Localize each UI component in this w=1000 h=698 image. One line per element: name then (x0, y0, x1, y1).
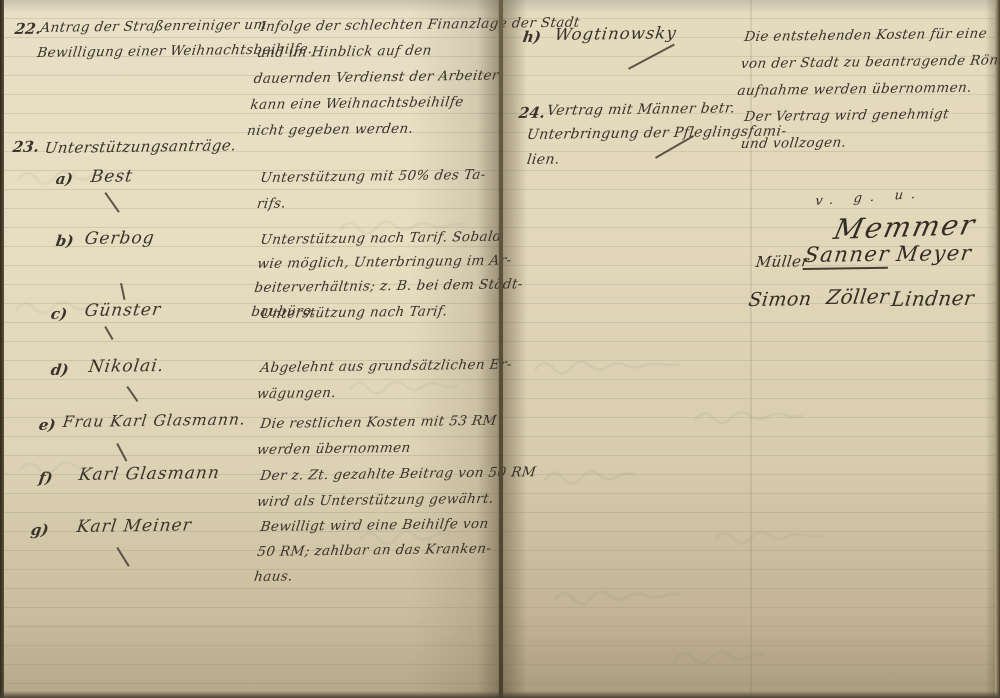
sub-item-f-letter: f) (38, 469, 54, 487)
sub-item-d-letter: d) (50, 361, 70, 379)
decision-line: Unterstützung nach Tarif. (259, 298, 449, 327)
decision-line: werden übernommen (255, 434, 495, 463)
sub-item-c-letter: c) (50, 305, 69, 323)
item-24-subject-line: lien. (526, 152, 561, 168)
sub-item-b-letter: b) (55, 232, 75, 250)
decision-line: Unterstützung mit 50% des Ta- (259, 162, 488, 191)
sub-item-a-letter: a) (55, 170, 74, 188)
sub-item-e-letter: e) (38, 416, 57, 434)
item-24-subject-line: Vertrag mit Männer betr. (546, 100, 736, 119)
sub-item-c-name: Günster (83, 300, 162, 321)
decision-line: Der Vertrag wird genehmigt (743, 101, 951, 131)
item-23-number: 23. (12, 138, 40, 156)
decision-line: wägungen. (255, 377, 510, 407)
ledger-scan: 22. Antrag der Straßenreiniger um Bewill… (0, 0, 1000, 698)
book-edge-bottom (0, 691, 1000, 698)
decision-line: von der Stadt zu beantragende Röntgen- (739, 47, 1000, 78)
sub-item-h-decision: Die entstehenden Kosten für eine von der… (736, 20, 1000, 105)
decision-line: rifs. (255, 188, 484, 217)
sub-item-c-decision: Unterstützung nach Tarif. (259, 298, 449, 327)
signature: Lindner (890, 286, 976, 311)
decision-line: Die restlichen Kosten mit 53 RM (259, 408, 499, 437)
signature: Zöller (825, 284, 891, 309)
signature: Meyer (895, 241, 974, 266)
decision-line: aufnahme werden übernommen. (736, 74, 1000, 105)
book-edge-left (0, 0, 4, 698)
decision-line: Bewilligt wird eine Beihilfe von (259, 512, 496, 540)
book-gutter (499, 0, 503, 698)
signature: Simon (747, 288, 813, 311)
sub-item-a-decision: Unterstützung mit 50% des Ta- rifs. (255, 162, 487, 217)
item-24-decision: Der Vertrag wird genehmigt und vollzogen… (739, 101, 950, 158)
sub-item-e-name: Frau Karl Glasmann. (62, 410, 247, 431)
sub-item-d-decision: Abgelehnt aus grundsätzlichen Er- wägung… (255, 351, 513, 406)
sub-item-e-decision: Die restlichen Kosten mit 53 RM werden ü… (255, 408, 498, 463)
decision-line: haus. (253, 562, 490, 590)
bleed-through-right (515, 340, 990, 690)
sub-item-g-name: Karl Meiner (75, 515, 193, 537)
sub-item-g-letter: g) (30, 521, 50, 539)
item-23-title: Unterstützungsanträge. (44, 136, 238, 157)
sub-item-a-name: Best (89, 166, 134, 187)
sub-item-h-name: Wogtinowsky (554, 23, 678, 44)
decision-line: Die entstehenden Kosten für eine (743, 20, 1000, 51)
item-22-number: 22. (14, 20, 42, 38)
book-edge-right (995, 0, 1000, 698)
sub-item-b-name: Gerbog (83, 228, 155, 249)
sub-item-d-name: Nikolai. (87, 356, 165, 377)
sub-item-f-name: Karl Glasmann (77, 463, 221, 485)
sub-item-g-decision: Bewilligt wird eine Beihilfe von 50 RM; … (253, 512, 496, 590)
decision-line: 50 RM; zahlbar an das Kranken- (256, 537, 493, 565)
signature: Sanner (803, 242, 892, 270)
decision-line: und vollzogen. (739, 128, 947, 158)
